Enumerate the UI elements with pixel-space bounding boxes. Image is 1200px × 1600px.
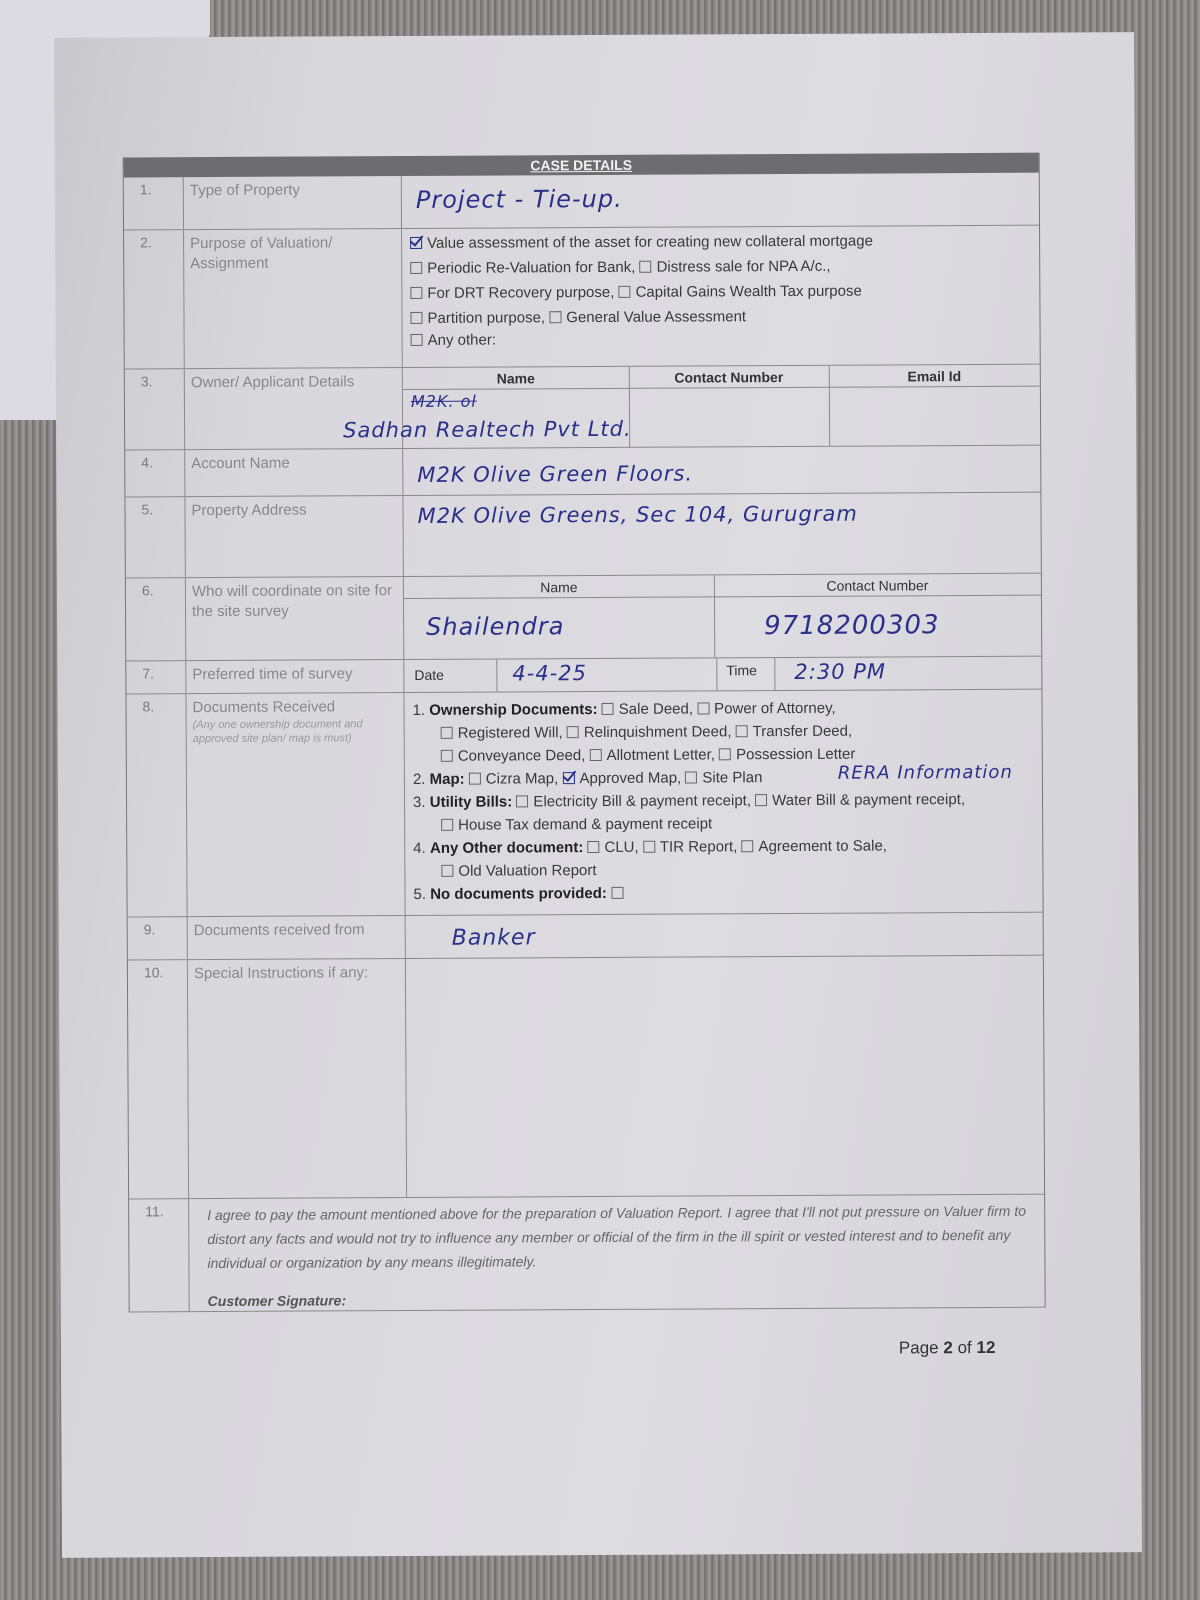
type-of-property-value[interactable]: Project - Tie-up. <box>416 185 623 214</box>
row-number: 5. <box>125 497 185 577</box>
option-label: Partition purpose, <box>427 309 545 327</box>
row-value: Project - Tie-up. <box>402 173 1039 228</box>
group-title: Utility Bills: <box>430 793 513 810</box>
checkbox-cizra-map[interactable] <box>469 773 481 785</box>
checkbox-capital-gains[interactable] <box>619 286 631 298</box>
checkbox-house-tax[interactable] <box>441 819 453 831</box>
group-number: 2. <box>413 771 426 788</box>
row-special-instructions: 10. Special Instructions if any: <box>128 956 1044 1200</box>
row-purpose: 2. Purpose of Valuation/ Assignment Valu… <box>124 226 1040 370</box>
checkbox-old-valuation-report[interactable] <box>441 865 453 877</box>
page-number: Page 2 of 12 <box>899 1338 996 1359</box>
checkbox-periodic-revaluation[interactable] <box>410 262 422 274</box>
item-label: Old Valuation Report <box>458 862 596 880</box>
owner-name-struck: M2K. ol <box>411 392 477 411</box>
item-label: Possession Letter <box>736 746 855 764</box>
checkbox-partition[interactable] <box>410 312 422 324</box>
row-label: Who will coordinate on site for the site… <box>186 577 404 660</box>
option-label: Distress sale for NPA A/c., <box>657 258 831 276</box>
checkbox-sale-deed[interactable] <box>602 703 614 715</box>
row-label: Property Address <box>185 496 403 577</box>
option-label: Any other: <box>428 332 496 349</box>
checkbox-distress-sale[interactable] <box>640 261 652 273</box>
checkbox-general-value[interactable] <box>549 311 561 323</box>
coordinator-name-value[interactable]: Shailendra <box>426 612 564 641</box>
row-number: 1. <box>124 177 184 229</box>
coordinator-name-header: Name <box>404 575 714 599</box>
item-label: Cizra Map, <box>486 770 559 787</box>
documents-list: 1. Ownership Documents: Sale Deed, Power… <box>404 690 1042 915</box>
item-label: Registered Will, <box>458 724 563 742</box>
row-type-of-property: 1. Type of Property Project - Tie-up. <box>124 173 1039 231</box>
option-label: Periodic Re-Valuation for Bank, <box>427 259 635 277</box>
owner-email-header: Email Id <box>829 365 1040 388</box>
document-page: CASE DETAILS 1. Type of Property Project… <box>54 32 1142 1558</box>
survey-date-value[interactable]: 4-4-25 <box>512 661 587 685</box>
documents-label: Documents Received <box>192 698 335 716</box>
customer-signature-label: Customer Signature: <box>208 1292 347 1309</box>
row-documents-received: 8. Documents Received(Any one ownership … <box>126 690 1042 918</box>
case-details-table: CASE DETAILS 1. Type of Property Project… <box>123 153 1046 1313</box>
checkbox-registered-will[interactable] <box>441 727 453 739</box>
page-prefix: Page <box>899 1338 939 1357</box>
checkbox-relinquishment-deed[interactable] <box>567 726 579 738</box>
total-pages: 12 <box>976 1338 995 1357</box>
item-label: TIR Report, <box>660 838 738 855</box>
checkbox-agreement-to-sale[interactable] <box>742 840 754 852</box>
row-property-address: 5. Property Address M2K Olive Greens, Se… <box>125 493 1040 579</box>
group-number: 3. <box>413 794 426 811</box>
row-account-name: 4. Account Name M2K Olive Green Floors. <box>125 446 1040 498</box>
item-label: Sale Deed, <box>619 701 693 718</box>
owner-details-grid: Name Contact Number Email Id M2K. ol Sad… <box>403 365 1040 448</box>
row-number: 9. <box>128 917 188 959</box>
item-label: Conveyance Deed, <box>458 747 586 765</box>
checkbox-transfer-deed[interactable] <box>736 725 748 737</box>
row-number: 11. <box>129 1199 190 1311</box>
checkbox-water-bill[interactable] <box>755 794 767 806</box>
checkbox-tir-report[interactable] <box>643 841 655 853</box>
item-label: House Tax demand & payment receipt <box>458 815 712 833</box>
row-preferred-time: 7. Preferred time of survey Date 4-4-25 … <box>126 657 1041 695</box>
checkbox-site-plan[interactable] <box>685 771 697 783</box>
documents-note: (Any one ownership document and approved… <box>193 717 398 746</box>
row-number: 8. <box>126 694 187 916</box>
group-title: Ownership Documents: <box>429 701 597 719</box>
checkbox-allotment-letter[interactable] <box>590 749 602 761</box>
item-label: Site Plan <box>702 769 762 786</box>
row-label: Special Instructions if any: <box>188 959 407 1198</box>
agreement-text: I agree to pay the amount mentioned abov… <box>207 1199 1036 1275</box>
row-number: 2. <box>124 230 185 368</box>
option-label: Value assessment of the asset for creati… <box>427 233 873 252</box>
group-number: 4. <box>413 840 426 857</box>
coordinator-contact-value[interactable]: 9718200303 <box>764 610 940 641</box>
time-label: Time <box>726 662 757 678</box>
item-label: Power of Attorney, <box>714 700 836 718</box>
survey-time-value[interactable]: 2:30 PM <box>794 659 886 683</box>
item-label: Relinquishment Deed, <box>584 723 732 741</box>
option-label: Capital Gains Wealth Tax purpose <box>636 283 862 301</box>
row-number: 6. <box>126 578 186 660</box>
table-title: CASE DETAILS <box>530 157 632 174</box>
account-name-value[interactable]: M2K Olive Green Floors. <box>417 461 693 486</box>
special-instructions-field[interactable] <box>406 956 1044 1197</box>
checkbox-possession-letter[interactable] <box>719 748 731 760</box>
checkbox-value-assessment[interactable] <box>410 237 422 249</box>
owner-contact-header: Contact Number <box>629 366 829 389</box>
row-label: Account Name <box>185 449 403 496</box>
row-owner-details: 3. Owner/ Applicant Details Name Contact… <box>125 365 1040 451</box>
checkbox-approved-map[interactable] <box>562 772 574 784</box>
row-number: 3. <box>125 369 185 449</box>
row-label: Preferred time of survey <box>186 660 404 693</box>
group-title: No documents provided: <box>430 885 607 903</box>
checkbox-electricity-bill[interactable] <box>516 795 528 807</box>
documents-from-value[interactable]: Banker <box>452 925 536 950</box>
row-label: Type of Property <box>184 176 402 229</box>
row-label: Documents received from <box>188 916 406 959</box>
owner-name-header: Name <box>403 367 629 390</box>
purpose-options: Value assessment of the asset for creati… <box>402 226 1040 367</box>
row-number: 10. <box>128 960 189 1198</box>
item-label: Agreement to Sale, <box>758 837 887 855</box>
item-label: Allotment Letter, <box>607 746 715 764</box>
item-label: Transfer Deed, <box>753 723 853 741</box>
checkbox-power-of-attorney[interactable] <box>697 702 709 714</box>
group-number: 1. <box>413 702 426 719</box>
date-label: Date <box>414 667 444 683</box>
option-label: For DRT Recovery purpose, <box>427 284 614 302</box>
coordinator-contact-header: Contact Number <box>714 574 1041 598</box>
group-title: Any Other document: <box>430 839 583 857</box>
group-title: Map: <box>430 771 465 788</box>
checkbox-conveyance-deed[interactable] <box>441 750 453 762</box>
row-site-coordinator: 6. Who will coordinate on site for the s… <box>126 574 1041 662</box>
checkbox-any-other[interactable] <box>411 334 423 346</box>
row-number: 4. <box>125 450 185 496</box>
page-of: of <box>957 1338 971 1357</box>
checkbox-no-documents[interactable] <box>611 887 623 899</box>
item-label: CLU, <box>604 839 638 856</box>
property-address-value[interactable]: M2K Olive Greens, Sec 104, Gurugram <box>417 502 857 528</box>
row-label: Purpose of Valuation/ Assignment <box>184 229 403 368</box>
row-label: Documents Received(Any one ownership doc… <box>186 693 405 916</box>
checkbox-drt-recovery[interactable] <box>410 287 422 299</box>
map-handwritten-note: RERA Information <box>838 761 1013 785</box>
current-page: 2 <box>943 1338 953 1357</box>
item-label: Electricity Bill & payment receipt, <box>533 792 751 810</box>
item-label: Water Bill & payment receipt, <box>772 791 965 809</box>
item-label: Approved Map, <box>579 770 681 788</box>
checkbox-clu[interactable] <box>587 841 599 853</box>
row-documents-received-from: 9. Documents received from Banker <box>128 913 1043 961</box>
group-number: 5. <box>413 886 426 903</box>
option-label: General Value Assessment <box>566 308 746 326</box>
owner-name-value[interactable]: Sadhan Realtech Pvt Ltd. <box>343 417 632 443</box>
row-agreement: 11. I agree to pay the amount mentioned … <box>129 1195 1045 1313</box>
row-number: 7. <box>126 661 186 693</box>
